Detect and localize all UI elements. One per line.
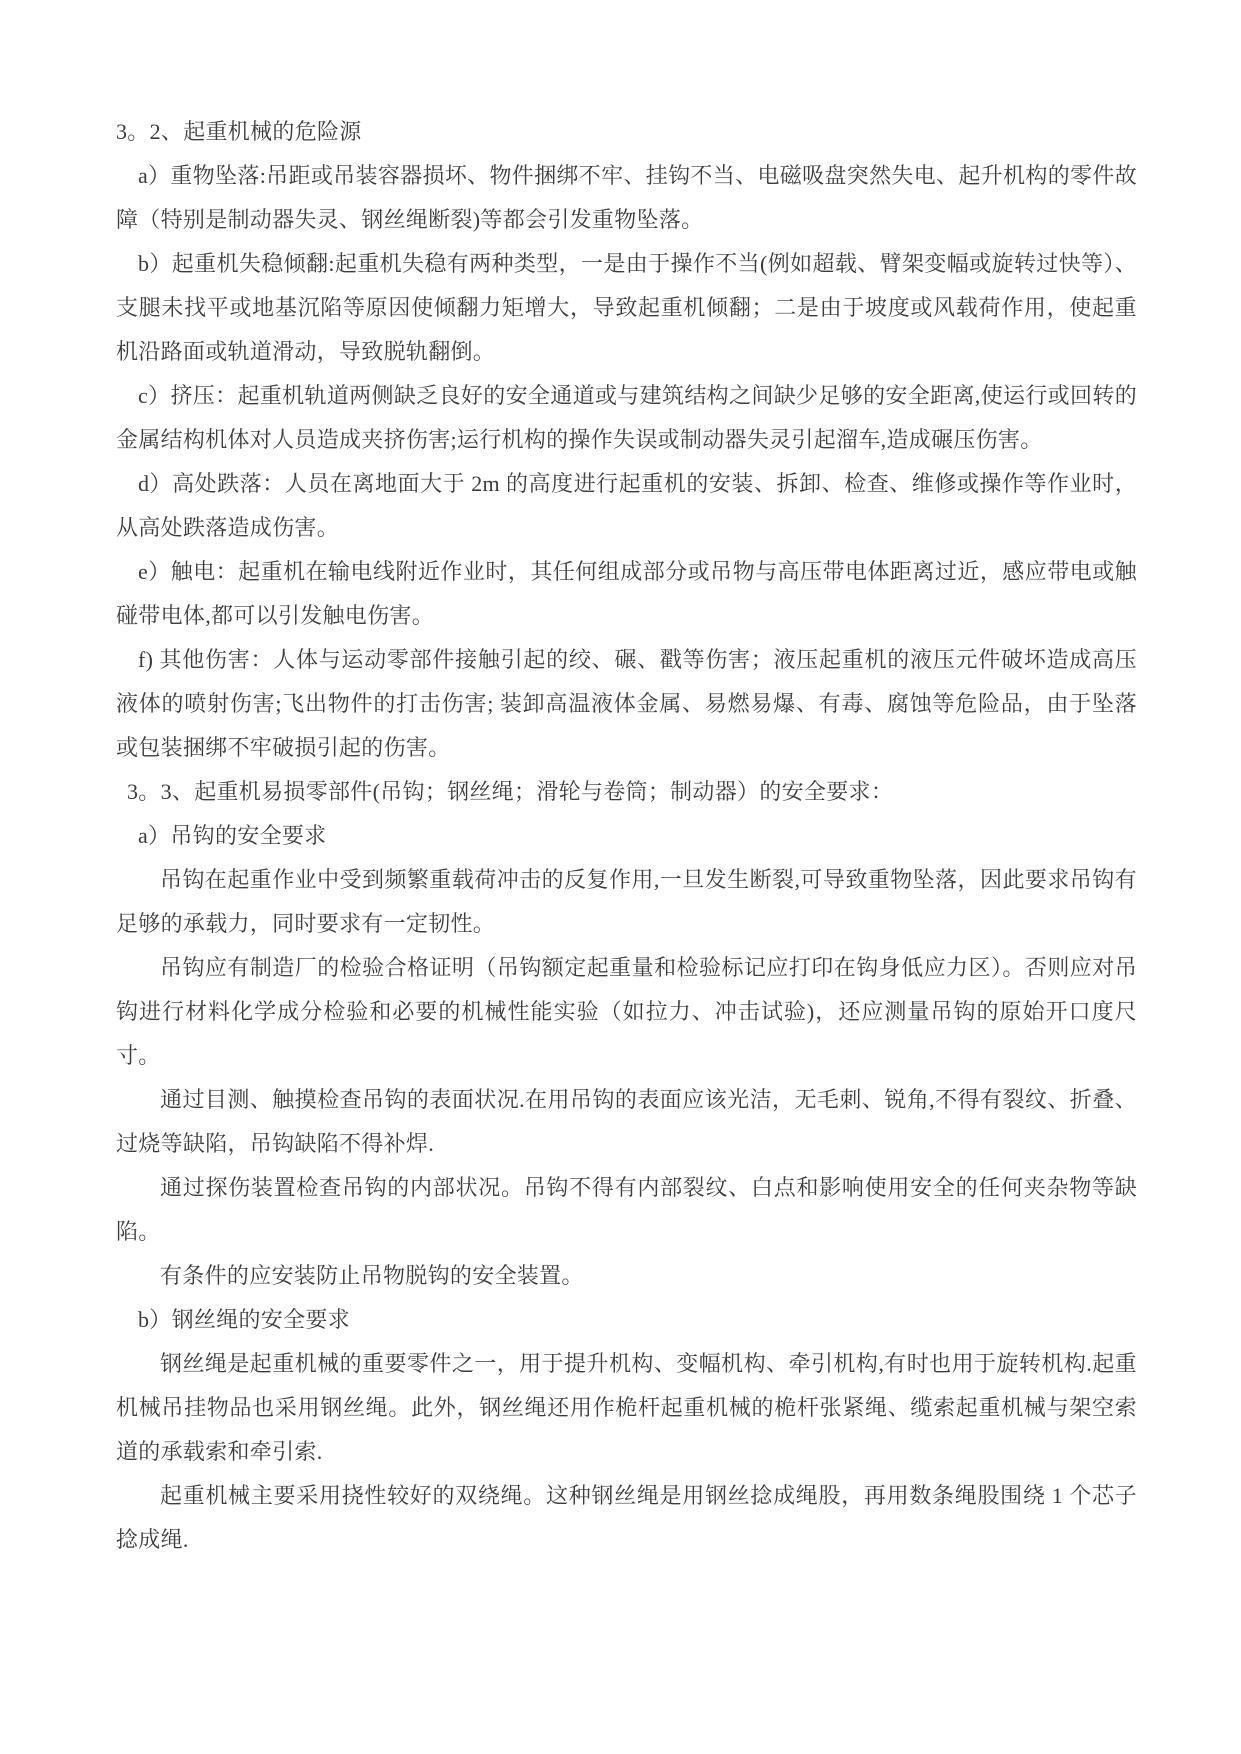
wire-rope-para-usage: 钢丝绳是起重机械的重要零件之一，用于提升机构、变幅机构、牵引机构,有时也用于旋转… xyxy=(116,1342,1137,1474)
hook-para-anti-unhook-device: 有条件的应安装防止吊物脱钩的安全装置。 xyxy=(116,1254,1137,1298)
hazard-item-f-other-injuries: f) 其他伤害：人体与运动零部件接触引起的绞、碾、戳等伤害；液压起重机的液压元件… xyxy=(116,638,1137,770)
wire-rope-para-double-lay: 起重机械主要采用挠性较好的双绕绳。这种钢丝绳是用钢丝捻成绳股，再用数条绳股围绕 … xyxy=(116,1474,1137,1562)
hook-para-internal-inspection: 通过探伤装置检查吊钩的内部状况。吊钩不得有内部裂纹、白点和影响使用安全的任何夹杂… xyxy=(116,1166,1137,1254)
hazard-item-d-falling-from-height: d）高处跌落：人员在离地面大于 2m 的高度进行起重机的安装、拆卸、检查、维修或… xyxy=(116,462,1137,550)
hazard-item-a-falling-objects: a）重物坠落:吊距或吊装容器损坏、物件捆绑不牢、挂钩不当、电磁吸盘突然失电、起升… xyxy=(116,154,1137,242)
hook-para-surface-inspection: 通过目测、触摸检查吊钩的表面状况.在用吊钩的表面应该光洁，无毛刺、锐角,不得有裂… xyxy=(116,1078,1137,1166)
document-body: 3。2、起重机械的危险源a）重物坠落:吊距或吊装容器损坏、物件捆绑不牢、挂钩不当… xyxy=(116,110,1137,1562)
subsection-a-hook-safety: a）吊钩的安全要求 xyxy=(116,814,1137,858)
hazard-item-b-crane-overturn: b）起重机失稳倾翻:起重机失稳有两种类型，一是由于操作不当(例如超载、臂架变幅或… xyxy=(116,242,1137,374)
hook-para-certification: 吊钩应有制造厂的检验合格证明（吊钩额定起重量和检验标记应打印在钩身低应力区）。否… xyxy=(116,946,1137,1078)
document-page: 3。2、起重机械的危险源a）重物坠落:吊距或吊装容器损坏、物件捆绑不牢、挂钩不当… xyxy=(0,0,1241,1754)
hazard-item-e-electric-shock: e）触电：起重机在输电线附近作业时，其任何组成部分或吊物与高压带电体距离过近，感… xyxy=(116,550,1137,638)
section-heading-3-2: 3。2、起重机械的危险源 xyxy=(116,110,1137,154)
section-heading-3-3: 3。3、起重机易损零部件(吊钩；钢丝绳；滑轮与卷筒；制动器）的安全要求： xyxy=(116,770,1137,814)
hook-para-load-capacity: 吊钩在起重作业中受到频繁重载荷冲击的反复作用,一旦发生断裂,可导致重物坠落，因此… xyxy=(116,858,1137,946)
hazard-item-c-squeezing: c）挤压：起重机轨道两侧缺乏良好的安全通道或与建筑结构之间缺少足够的安全距离,使… xyxy=(116,374,1137,462)
subsection-b-wire-rope-safety: b）钢丝绳的安全要求 xyxy=(116,1298,1137,1342)
